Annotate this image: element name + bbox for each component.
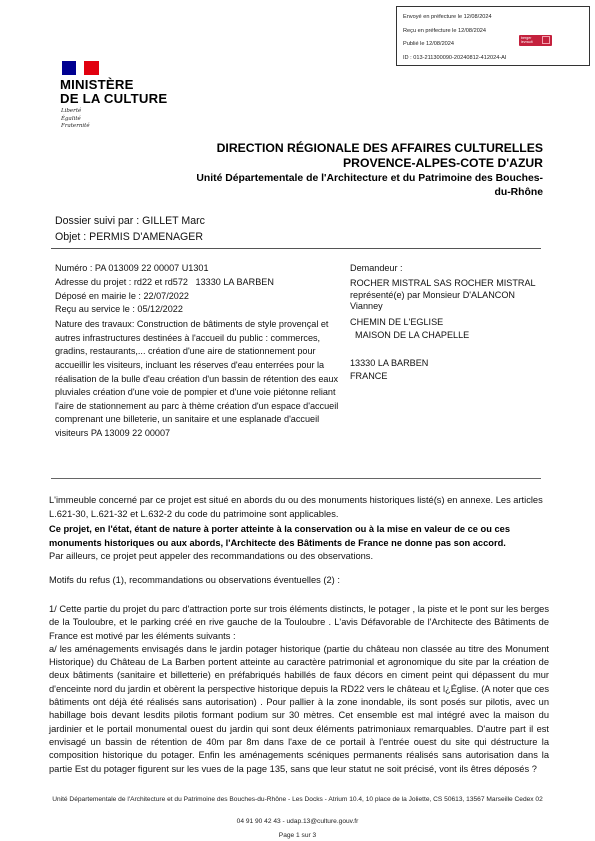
stamp-published: Publié le 12/08/2024 [403,41,454,47]
works-nature: Nature des travaux: Construction de bâti… [55,318,340,440]
decision-block: L'immeuble concerné par ce projet est si… [49,494,549,564]
unit-title: Unité Départementale de l'Architecture e… [143,172,543,200]
section-1-intro: 1/ Cette partie du projet du parc d'attr… [49,603,549,643]
filed-date: Déposé en mairie le : 22/07/2022 [55,290,340,304]
flag-white-band [76,61,84,75]
applicant-country: FRANCE [350,370,550,384]
dossier-followed-by: Dossier suivi par : GILLET Marc [55,214,205,230]
refusal-section-1: 1/ Cette partie du projet du parc d'attr… [49,603,549,776]
region-title: PROVENCE-ALPES-COTE D'AZUR [143,156,543,171]
prefecture-stamp: Envoyé en préfecture le 12/08/2024 Reçu … [396,6,590,66]
motifs-title: Motifs du refus (1), recommandations ou … [49,574,549,587]
intro-paragraph: L'immeuble concerné par ce projet est si… [49,494,549,521]
unit-title-line-2: du-Rhône [143,186,543,200]
applicant-street: CHEMIN DE L'EGLISE [350,316,550,330]
received-date: Reçu au service le : 05/12/2022 [55,303,340,317]
motto-fraternite: Fraternité [61,123,90,131]
stamp-id: ID : 013-211300090-20240812-412024-AI [403,55,506,61]
dossier-info: Dossier suivi par : GILLET Marc Objet : … [55,214,205,245]
stamp-received: Reçu en préfecture le 12/08/2024 [403,28,486,34]
unit-title-line-1: Unité Départementale de l'Architecture e… [143,172,543,186]
republic-motto: Liberté Égalité Fraternité [61,108,90,131]
dossier-object: Objet : PERMIS D'AMENAGER [55,230,205,246]
applicant-building: MAISON DE LA CHAPELLE [350,329,550,343]
footer-contact: 04 91 90 42 43 - udap.13@culture.gouv.fr [40,818,555,825]
ministry-line-2: DE LA CULTURE [60,92,167,106]
ministry-line-1: MINISTÈRE [60,78,167,92]
berger-levrault-logo: berger levrault [519,35,552,46]
applicant-name: ROCHER MISTRAL SAS ROCHER MISTRAL représ… [350,278,550,313]
remark-paragraph: Par ailleurs, ce projet peut appeler des… [49,550,549,564]
flag-red-band [84,61,99,75]
stamp-sent: Envoyé en préfecture le 12/08/2024 [403,14,492,20]
decision-paragraph: Ce projet, en l'état, étant de nature à … [49,523,549,550]
applicant-label: Demandeur : [350,262,550,274]
project-details: Numéro : PA 013009 22 00007 U1301 Adress… [55,262,340,441]
footer-address: Unité Départementale de l'Architecture e… [40,795,555,805]
applicant-city: 13330 LA BARBEN [350,357,550,371]
sender-heading: DIRECTION RÉGIONALE DES AFFAIRES CULTURE… [143,141,543,200]
motto-liberte: Liberté [61,108,90,116]
direction-title: DIRECTION RÉGIONALE DES AFFAIRES CULTURE… [143,141,543,156]
page-number: Page 1 sur 3 [40,832,555,839]
section-1-point-a: a/ les aménagements envisagés dans le ja… [49,643,549,776]
brand-logo-icon [542,36,550,44]
flag-blue-band [62,61,76,75]
motto-egalite: Égalité [61,116,90,124]
project-address: Adresse du projet : rd22 et rd572 13330 … [55,276,340,290]
divider [51,248,541,249]
marianne-flag-icon [62,61,99,75]
ministry-logo-text: MINISTÈRE DE LA CULTURE [60,78,167,105]
divider [51,478,541,479]
applicant-block: Demandeur : ROCHER MISTRAL SAS ROCHER MI… [350,262,550,384]
project-number: Numéro : PA 013009 22 00007 U1301 [55,262,340,276]
